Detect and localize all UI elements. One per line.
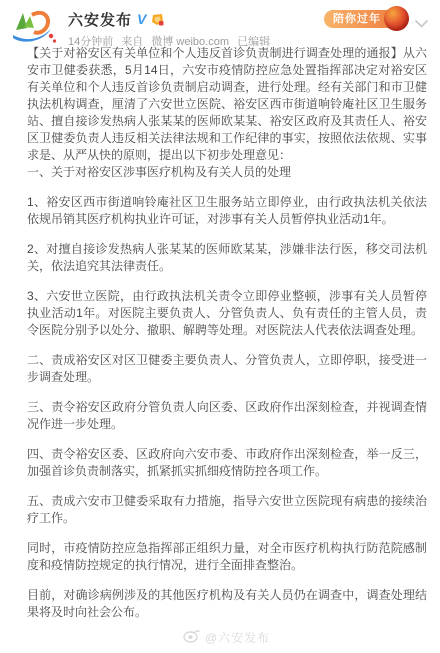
- post-paragraph: 二、责成裕安区对区卫健委主要负责人、分管负责人，立即停职，接受进一步调查处理。: [27, 352, 427, 386]
- header-right: 陪你过年: [324, 10, 432, 33]
- post-paragraph: 四、责令裕安区委、区政府向六安市委、市政府作出深刻检查，举一反三，加强首诊负责制…: [27, 446, 427, 480]
- promo-badge-label: 陪你过年: [333, 13, 381, 25]
- post-paragraph: 五、责成六安市卫健委采取有力措施，指导六安世立医院现有病患的接续治疗工作。: [27, 493, 427, 527]
- post-paragraph: 目前，对确诊病例涉及的其他医疗机构及有关人员仍在调查中，调查处理结果将及时向社会…: [27, 587, 427, 621]
- avatar[interactable]: [10, 8, 58, 46]
- lantern-ball-icon: [384, 6, 409, 31]
- post-paragraph: 【关于对裕安区有关单位和个人违反首诊负责制进行调查处理的通报】从六安市卫健委获悉…: [27, 45, 427, 181]
- post-paragraph: 同时，市疫情防控应急指挥部正组织力量，对全市医疗机构执行防范院感制度和疫情防控规…: [27, 540, 427, 574]
- member-badge-icon: [151, 13, 164, 26]
- post-paragraph: 3、六安世立医院，由行政执法机关责令立即停业整顿，涉事有关人员暂停执业活动1年。…: [27, 288, 427, 339]
- post-paragraph: 三、责令裕安区政府分管负责人向区委、区政府作出深刻检查，并视调查情况作进一步处理…: [27, 399, 427, 433]
- post-paragraph: 2、对擅自接诊发热病人张某某的医师欧某某，涉嫌非法行医，移交司法机关，依法追究其…: [27, 241, 427, 275]
- post-body: 【关于对裕安区有关单位和个人违反首诊负责制进行调查处理的通报】从六安市卫健委获悉…: [27, 45, 427, 634]
- weibo-watermark-icon: [183, 630, 200, 646]
- weibo-post-page: 六安发布 V 14分钟前 来自 微博 weibo.com 已编辑 陪: [0, 0, 440, 653]
- promo-badge[interactable]: 陪你过年: [324, 10, 403, 28]
- username[interactable]: 六安发布: [68, 9, 132, 30]
- verified-v-icon: V: [137, 12, 146, 26]
- watermark-text: @六安发布: [205, 629, 270, 646]
- watermark: @六安发布: [183, 629, 270, 646]
- post-header: 六安发布 V 14分钟前 来自 微博 weibo.com 已编辑 陪: [10, 8, 432, 48]
- chevron-down-icon[interactable]: [415, 15, 428, 33]
- post-paragraph: 1、裕安区西市街道响铃庵社区卫生服务站立即停业，由行政执法机关依法依规吊销其医疗…: [27, 194, 427, 228]
- luan-fabu-logo-icon: [10, 8, 58, 46]
